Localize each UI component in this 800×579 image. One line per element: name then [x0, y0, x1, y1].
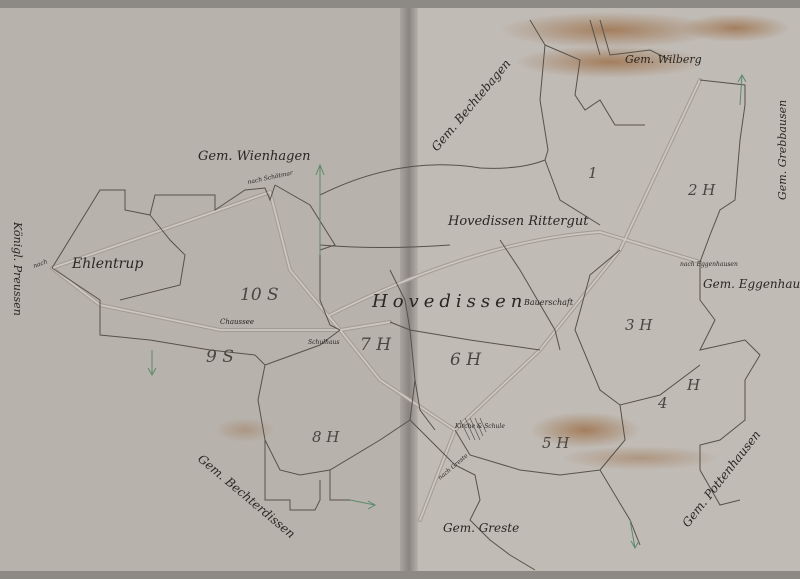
label-schulhaus: Schulhaus: [308, 339, 340, 346]
parcel-10: 10 S: [240, 285, 279, 305]
label-gem-grebbausen: Gem. Grebbausen: [776, 100, 789, 200]
parcel-4-h: H: [686, 376, 701, 394]
parcel-2: 2 H: [687, 181, 716, 199]
book-fold: [400, 0, 418, 579]
historical-map: Gem. Wienhagen Gem. Bechtebagen Gem. Wil…: [0, 0, 800, 579]
parcel-1: 1: [588, 164, 598, 182]
label-road-eggenhausen: nach Eggenhausen: [680, 261, 738, 268]
label-ehlentrup: Ehlentrup: [71, 256, 143, 272]
parcel-3: 3 H: [625, 316, 653, 334]
label-koenigl-preussen: Königl. Preussen: [11, 221, 24, 316]
parcel-6: 6 H: [450, 350, 482, 370]
parcel-7: 7 H: [360, 335, 392, 355]
label-chaussee: Chaussee: [220, 318, 254, 326]
label-hovedissen-rittergut: Hovedissen Rittergut: [447, 214, 589, 229]
label-bauerschaft: Bauerschaft: [523, 298, 574, 307]
label-gem-eggenhaus: Gem. Eggenhaus: [703, 277, 800, 291]
parcel-9: 9 S: [206, 347, 234, 367]
map-canvas: Gem. Wienhagen Gem. Bechtebagen Gem. Wil…: [0, 0, 800, 579]
label-gem-wienhagen: Gem. Wienhagen: [198, 149, 311, 164]
parcel-4: 4: [657, 394, 668, 412]
label-gem-greste: Gem. Greste: [443, 521, 519, 535]
label-kirche-schule: Kirche & Schule: [454, 423, 505, 430]
label-gem-wilberg: Gem. Wilberg: [625, 53, 702, 66]
left-sheet: [0, 0, 405, 579]
parcel-5: 5 H: [542, 434, 570, 452]
label-hovedissen: Hovedissen: [371, 291, 527, 312]
parcel-8: 8 H: [312, 428, 340, 446]
